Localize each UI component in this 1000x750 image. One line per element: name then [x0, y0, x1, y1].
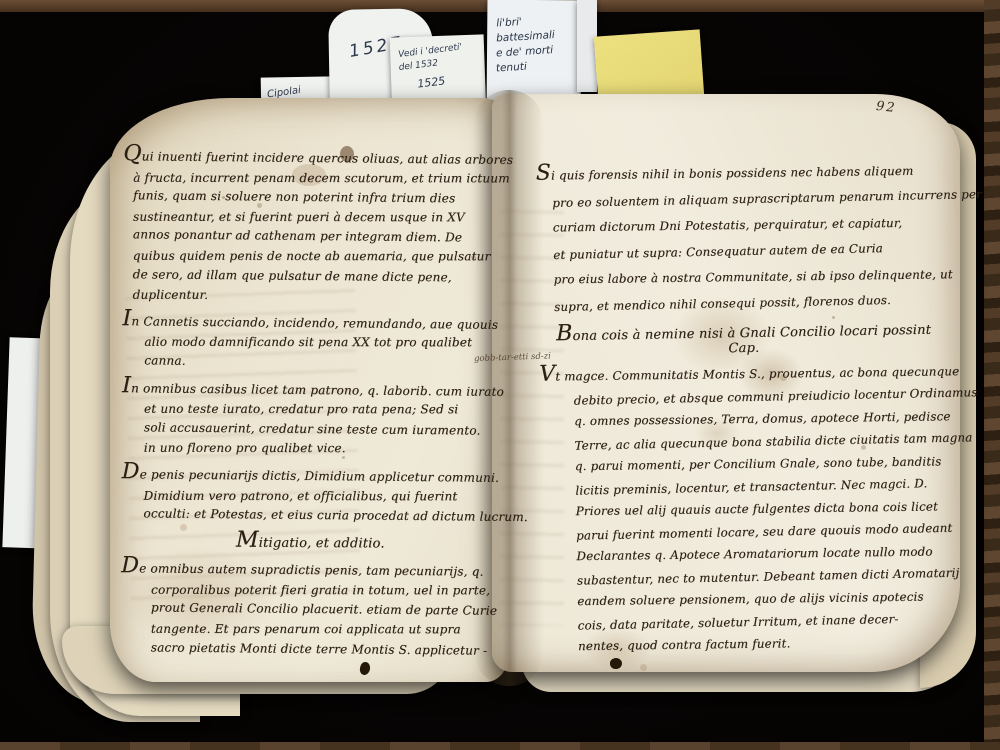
manuscript-line: tangente. Et pars penarum coi applicata … [151, 620, 499, 640]
open-book: 92 Qui inuenti fuerint incidere quercus … [22, 86, 984, 698]
manuscript-line: Dimidium vero patrono, et officialibus, … [144, 486, 500, 506]
manuscript-line: funis, quam si soluere non poterint infr… [133, 186, 501, 209]
manuscript-line: in uno floreno pro qualibet vice. [144, 439, 500, 459]
manuscript-line: sacro pietatis Monti dicte terre Montis … [151, 638, 499, 661]
heading-bona-communis: Bona cois à nemine nisi à Gnali Concilio… [538, 319, 949, 359]
paragraph-si-quis-forensis: Si quis forensis nihil in bonis possiden… [536, 156, 949, 319]
paragraph-ut-communitatis: Vt magce. Communitatis Montis S., prouen… [539, 359, 954, 659]
wood-plank-right [984, 0, 1000, 750]
manuscript-line: Qui inuenti fuerint incidere quercus oli… [123, 146, 501, 170]
manuscript-line: de sero, ad illam que pulsatur de mane d… [133, 265, 501, 288]
heading-mitigatio: Mitigatio, et additio. [121, 532, 499, 555]
manuscript-line: nentes, quod contra factum fuerit. [578, 630, 954, 657]
manuscript-line: annos ponantur ad cathenam per integram … [133, 226, 501, 249]
right-page-text: Si quis forensis nihil in bonis possiden… [536, 156, 955, 666]
manuscript-line: et uno teste iurato, credatur pro rata p… [144, 400, 500, 420]
manuscript-line: prout Generali Concilio placuerit. etiam… [151, 599, 499, 622]
wood-strip-bottom [0, 742, 1000, 750]
manuscript-line: duplicentur. [133, 286, 501, 306]
manuscript-line: sustineantur, et si fuerint pueri à dece… [133, 207, 501, 227]
manuscript-line: soli accusauerint, credatur sine teste c… [144, 418, 500, 441]
paragraph-cannetis: In Cannetis succiando, incidendo, remund… [122, 312, 500, 374]
manuscript-line: alio modo damnificando sit pena XX tot p… [144, 333, 500, 353]
manuscript-line: occulti: et Potestas, et eius curia proc… [143, 504, 499, 527]
manuscript-line: In omnibus casibus licet tam patrono, q.… [122, 378, 500, 402]
manuscript-line: De omnibus autem supradictis penis, tam … [121, 558, 499, 582]
paragraph-penis-pecuniariis: De penis pecuniarijs dictis, Dimidium ap… [121, 465, 499, 527]
left-page-text: Qui inuenti fuerint incidere quercus oli… [121, 147, 502, 667]
manuscript-line: quibus quidem penis de nocte ab auemaria… [133, 247, 501, 267]
page-number: 92 [875, 99, 897, 116]
paragraph-omnibus-casibus: In omnibus casibus licet tam patrono, q.… [122, 379, 500, 460]
manuscript-line: In Cannetis succiando, incidendo, remund… [122, 311, 500, 335]
manuscript-line: De penis pecuniarijs dictis, Dimidium ap… [122, 464, 500, 488]
paragraph-mitigatio-body: De omnibus autem supradictis penis, tam … [121, 559, 500, 660]
paragraph-penalties-trees: Qui inuenti fuerint incidere quercus oli… [123, 147, 502, 307]
manuscript-line: corporalibus poterit fieri gratia in tot… [151, 581, 499, 601]
manuscript-line: à fructa, incurrent penam decem scutorum… [133, 168, 501, 188]
manuscript-line: canna. [144, 351, 500, 374]
manuscript-photo: Cipolai 1527 Vedi i 'decreti' del 1532 1… [0, 0, 1000, 750]
